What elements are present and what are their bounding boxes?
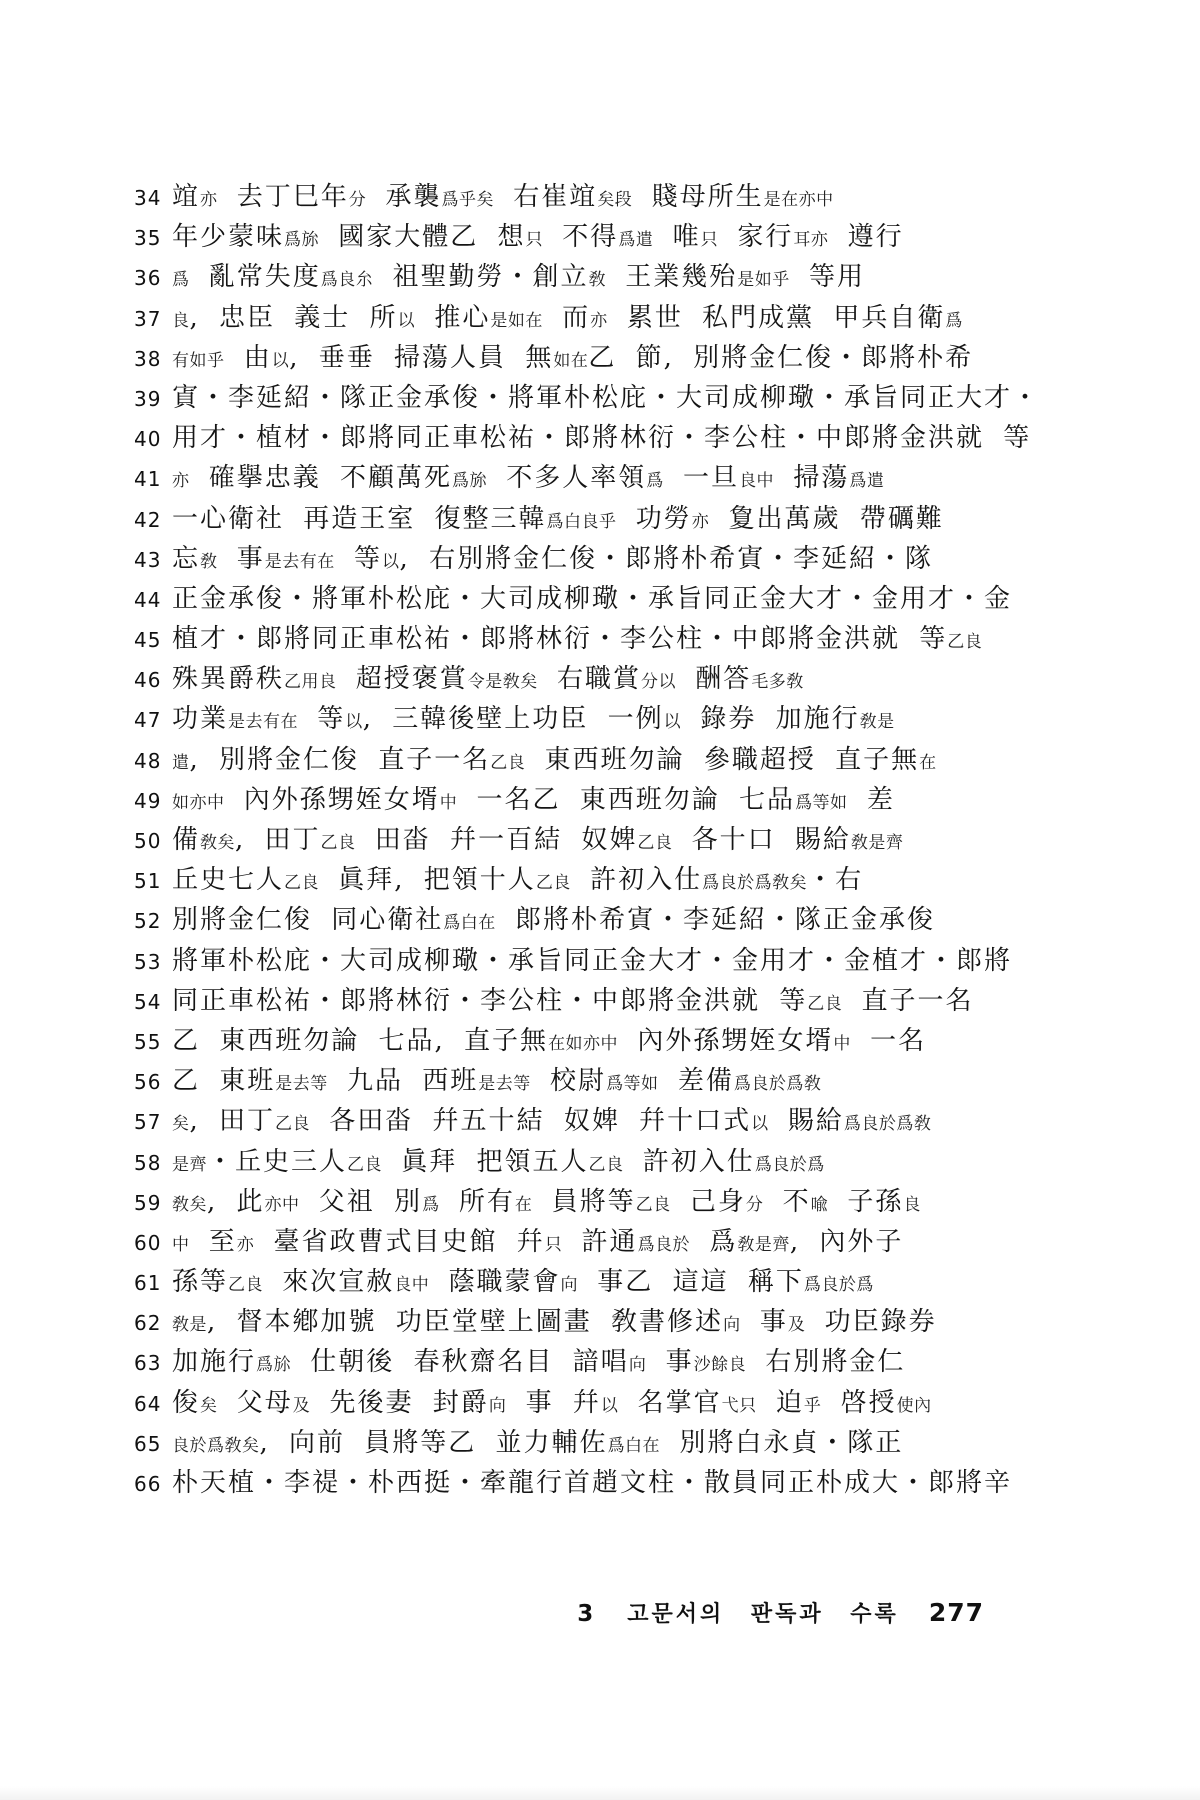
line-number: 55 [134,1030,172,1054]
line-number: 61 [134,1271,172,1295]
idu-annotation: 爲乎矣 [442,190,495,210]
line-number: 42 [134,508,172,532]
document-line: 64俊矣 父母及 先後妻 封爵向 事 幷以 名掌官弋只 迫乎 啓授使內 [134,1382,1040,1422]
idu-annotation: 是去有在 [228,712,298,732]
idu-annotation: 敎是齊 [737,1235,790,1255]
idu-annotation: 弋只 [722,1396,757,1416]
document-line: 54同正車松祐・郞將林衍・李公柱・中郞將金洪就 等乙良 直子一名 [134,980,1040,1020]
idu-annotation: 中 [440,793,458,813]
document-line: 53將軍朴松庇・大司成柳璥・承旨同正金大才・金用才・金植才・郞將 [134,940,1040,980]
idu-annotation: 爲良於爲敎 [844,1114,932,1134]
line-number: 35 [134,226,172,250]
document-line: 50備敎矣, 田丁乙良 田畓 幷一百結 奴婢乙良 各十口 賜給敎是齊 [134,819,1040,859]
document-line: 65良於爲敎矣, 向前 員將等乙 並力輔佐爲白在 別將白永貞・隊正 [134,1422,1040,1462]
document-line: 39寊・李延紹・隊正金承俊・將軍朴松庇・大司成柳璥・承旨同正大才・ [134,377,1040,417]
running-footer: 3 고문서의 판독과 수록 277 [577,1597,984,1628]
idu-annotation: 有如乎 [172,351,225,371]
idu-annotation: 良 [172,311,190,331]
idu-annotation: 以 [398,311,416,331]
line-text: 功業是去有在 等以, 三韓後壁上功臣 一例以 錄券 加施行敎是 [172,698,895,735]
document-line: 63加施行爲㫆 仕朝後 春秋齋名目 諳唱向 事沙餘良 右別將金仁 [134,1341,1040,1381]
line-text: 竩亦 去丁巳年分 承襲爲乎矣 右崔竩矣段 賤母所生是在亦中 [172,176,834,213]
line-text: 朴天植・李禔・朴西挺・牽龍行首趙文柱・散員同正朴成大・郞將辛 [172,1462,1012,1499]
idu-annotation: 中 [172,1235,190,1255]
idu-annotation: 是如在 [490,311,543,331]
line-number: 44 [134,588,172,612]
line-number: 60 [134,1231,172,1255]
idu-annotation: 乙良 [589,1155,624,1175]
idu-annotation: 乙良 [321,833,356,853]
line-text: 寊・李延紹・隊正金承俊・將軍朴松庇・大司成柳璥・承旨同正大才・ [172,377,1040,414]
idu-annotation: 乙良 [275,1114,310,1134]
idu-annotation: 矣段 [597,190,632,210]
line-text: 別將金仁俊 同心衛社爲白在 郞將朴希寊・李延紹・隊正金承俊 [172,899,935,936]
idu-annotation: 分 [746,1195,764,1215]
idu-annotation: 乙良 [347,1155,382,1175]
idu-annotation: 向 [561,1275,579,1295]
line-text: 加施行爲㫆 仕朝後 春秋齋名目 諳唱向 事沙餘良 右別將金仁 [172,1341,905,1378]
idu-annotation: 只 [526,230,544,250]
idu-annotation: 敎 [200,552,218,572]
document-line: 36爲 亂常失度爲良厼 祖聖勤勞・創立敎 王業幾殆是如乎 等用 [134,256,1040,296]
idu-annotation: 只 [701,230,719,250]
idu-annotation: 分 [349,190,367,210]
idu-annotation: 以 [382,552,400,572]
idu-annotation: 爲 [422,1195,440,1215]
document-line: 34竩亦 去丁巳年分 承襲爲乎矣 右崔竩矣段 賤母所生是在亦中 [134,176,1040,216]
footer-section-number: 3 [577,1601,593,1627]
idu-annotation: 是去等 [478,1074,531,1094]
book-page-scan: 34竩亦 去丁巳年分 承襲爲乎矣 右崔竩矣段 賤母所生是在亦中35年少蒙味爲旀 … [0,0,1200,1800]
idu-annotation: 敎是 [172,1315,207,1335]
idu-annotation: 乙良 [284,873,319,893]
idu-annotation: 以 [751,1114,769,1134]
document-line: 37良, 忠臣 義士 所以 推心是如在 而亦 累世 私門成黨 甲兵自衛爲 [134,297,1040,337]
idu-annotation: 爲 [172,270,190,290]
document-line: 58是齊・丘史三人乙良 眞拜 把領五人乙良 許初入仕爲良於爲 [134,1141,1040,1181]
line-number: 45 [134,628,172,652]
idu-annotation: 爲㫆 [256,1355,291,1375]
transcription-block: 34竩亦 去丁巳年分 承襲爲乎矣 右崔竩矣段 賤母所生是在亦中35年少蒙味爲旀 … [134,176,1040,1502]
document-line: 52別將金仁俊 同心衛社爲白在 郞將朴希寊・李延紹・隊正金承俊 [134,899,1040,939]
idu-annotation: 向 [629,1355,647,1375]
line-text: 敎是, 督本鄕加號 功臣堂壁上圖畫 敎書修述向 事及 功臣錄券 [172,1301,937,1338]
line-number: 38 [134,347,172,371]
idu-annotation: 在如亦中 [548,1034,618,1054]
document-line: 49如亦中 內外孫甥姪女壻中 一名乙 東西班勿論 七品爲等如 差 [134,779,1040,819]
line-text: 遣, 別將金仁俊 直子一名乙良 東西班勿論 參職超授 直子無在 [172,739,937,776]
idu-annotation: 毛多敎 [751,672,804,692]
document-line: 57矣, 田丁乙良 各田畓 幷五十結 奴婢 幷十口式以 賜給爲良於爲敎 [134,1100,1040,1140]
line-number: 63 [134,1351,172,1375]
line-number: 39 [134,387,172,411]
line-number: 56 [134,1070,172,1094]
idu-annotation: 是如乎 [737,270,790,290]
idu-annotation: 喩 [811,1195,829,1215]
document-line: 66朴天植・李禔・朴西挺・牽龍行首趙文柱・散員同正朴成大・郞將辛 [134,1462,1040,1502]
footer-page-number: 277 [929,1598,984,1627]
idu-annotation: 在 [515,1195,533,1215]
line-number: 62 [134,1311,172,1335]
idu-annotation: 乙良 [636,1195,671,1215]
idu-annotation: 爲遣 [849,471,884,491]
idu-annotation: 爲良於爲 [804,1275,874,1295]
idu-annotation: 乙用良 [284,672,337,692]
line-number: 53 [134,950,172,974]
idu-annotation: 乎 [804,1396,822,1416]
document-line: 47功業是去有在 等以, 三韓後壁上功臣 一例以 錄券 加施行敎是 [134,698,1040,738]
line-text: 敎矣, 此亦中 父祖 別爲 所有在 員將等乙良 己身分 不喩 子孫良 [172,1181,921,1218]
document-line: 51丘史七人乙良 眞拜, 把領十人乙良 許初入仕爲良於爲敎矣・右 [134,859,1040,899]
document-line: 46殊異爵秩乙用良 超授褒賞令是敎矣 右職賞分以 酬答毛多敎 [134,658,1040,698]
line-text: 乙 東西班勿論 七品, 直子無在如亦中 內外孫甥姪女壻中 一名 [172,1020,926,1057]
idu-annotation: 爲等如 [795,793,848,813]
idu-annotation: 良中 [739,471,774,491]
line-text: 矣, 田丁乙良 各田畓 幷五十結 奴婢 幷十口式以 賜給爲良於爲敎 [172,1100,931,1137]
line-text: 年少蒙味爲旀 國家大體乙 想只 不得爲遣 唯只 家行耳亦 遵行 [172,216,904,253]
line-number: 37 [134,307,172,331]
line-number: 43 [134,548,172,572]
document-line: 48遣, 別將金仁俊 直子一名乙良 東西班勿論 參職超授 直子無在 [134,739,1040,779]
idu-annotation: 使內 [897,1396,932,1416]
line-number: 52 [134,909,172,933]
idu-annotation: 令是敎矣 [468,672,538,692]
line-number: 64 [134,1392,172,1416]
line-number: 36 [134,266,172,290]
document-line: 55乙 東西班勿論 七品, 直子無在如亦中 內外孫甥姪女壻中 一名 [134,1020,1040,1060]
idu-annotation: 亦 [237,1235,255,1255]
idu-annotation: 亦中 [265,1195,300,1215]
idu-annotation: 爲遣 [618,230,653,250]
idu-annotation: 爲等如 [606,1074,659,1094]
line-number: 40 [134,427,172,451]
idu-annotation: 良中 [394,1275,429,1295]
line-text: 良, 忠臣 義士 所以 推心是如在 而亦 累世 私門成黨 甲兵自衛爲 [172,297,963,334]
idu-annotation: 敎矣 [172,1195,207,1215]
idu-annotation: 爲良於爲敎矣 [702,873,807,893]
line-text: 有如乎 由以, 垂垂 掃蕩人員 無如在乙 節, 別將金仁俊・郞將朴希 [172,337,973,374]
line-number: 41 [134,467,172,491]
line-number: 34 [134,186,172,210]
idu-annotation: 敎是 [860,712,895,732]
line-number: 47 [134,708,172,732]
idu-annotation: 沙餘良 [694,1355,747,1375]
idu-annotation: 是去等 [275,1074,328,1094]
line-number: 51 [134,869,172,893]
idu-annotation: 如亦中 [172,793,225,813]
idu-annotation: 遣 [172,753,190,773]
document-line: 59敎矣, 此亦中 父祖 別爲 所有在 員將等乙良 己身分 不喩 子孫良 [134,1181,1040,1221]
line-text: 爲 亂常失度爲良厼 祖聖勤勞・創立敎 王業幾殆是如乎 等用 [172,256,865,293]
document-line: 40用才・植材・郞將同正車松祐・郞將林衍・李公柱・中郞將金洪就 等 [134,417,1040,457]
idu-annotation: 敎矣 [200,833,235,853]
line-number: 66 [134,1472,172,1496]
idu-annotation: 耳亦 [793,230,828,250]
line-number: 50 [134,829,172,853]
idu-annotation: 只 [545,1235,563,1255]
document-line: 60中 至亦 臺省政曹式目史館 幷只 許通爲良於 爲敎是齊, 內外子 [134,1221,1040,1261]
idu-annotation: 敎 [589,270,607,290]
idu-annotation: 乙良 [807,994,842,1014]
idu-annotation: 乙良 [490,753,525,773]
line-text: 俊矣 父母及 先後妻 封爵向 事 幷以 名掌官弋只 迫乎 啓授使內 [172,1382,932,1419]
line-number: 57 [134,1110,172,1134]
line-text: 用才・植材・郞將同正車松祐・郞將林衍・李公柱・中郞將金洪就 等 [172,417,1031,454]
line-text: 備敎矣, 田丁乙良 田畓 幷一百結 奴婢乙良 各十口 賜給敎是齊 [172,819,903,856]
idu-annotation: 爲 [646,471,664,491]
idu-annotation: 是去有在 [265,552,335,572]
line-text: 良於爲敎矣, 向前 員將等乙 並力輔佐爲白在 別將白永貞・隊正 [172,1422,903,1459]
idu-annotation: 爲旀 [452,471,487,491]
idu-annotation: 是在亦中 [764,190,834,210]
idu-annotation: 乙良 [947,632,982,652]
idu-annotation: 是齊 [172,1155,207,1175]
document-line: 42一心衛社 再造王室 復整三韓爲白良乎 功勞亦 夐出萬歲 帶礪難 [134,498,1040,538]
idu-annotation: 中 [833,1034,851,1054]
line-number: 65 [134,1432,172,1456]
idu-annotation: 乙良 [536,873,571,893]
idu-annotation: 爲良於爲 [755,1155,825,1175]
idu-annotation: 爲白良乎 [547,512,617,532]
line-text: 乙 東班是去等 九品 西班是去等 校尉爲等如 差備爲良於爲敎 [172,1060,821,1097]
document-line: 45植才・郞將同正車松祐・郞將林衍・李公柱・中郞將金洪就 等乙良 [134,618,1040,658]
idu-annotation: 爲良於 [638,1235,691,1255]
idu-annotation: 乙良 [228,1275,263,1295]
idu-annotation: 向 [489,1396,507,1416]
line-text: 殊異爵秩乙用良 超授褒賞令是敎矣 右職賞分以 酬答毛多敎 [172,658,804,695]
idu-annotation: 以 [272,351,290,371]
idu-annotation: 乙良 [637,833,672,853]
idu-annotation: 亦 [172,471,190,491]
idu-annotation: 爲旀 [284,230,319,250]
idu-annotation: 亦 [692,512,710,532]
line-text: 如亦中 內外孫甥姪女壻中 一名乙 東西班勿論 七品爲等如 差 [172,779,895,816]
idu-annotation: 在 [919,753,937,773]
idu-annotation: 爲 [945,311,963,331]
idu-annotation: 矣 [200,1396,218,1416]
document-line: 43忘敎 事是去有在 等以, 右別將金仁俊・郞將朴希寊・李延紹・隊 [134,538,1040,578]
idu-annotation: 爲白在 [443,913,496,933]
line-number: 54 [134,990,172,1014]
line-number: 46 [134,668,172,692]
idu-annotation: 良於爲敎矣 [172,1436,260,1456]
document-line: 41亦 確擧忠義 不顧萬死爲旀 不多人率領爲 一旦良中 掃蕩爲遣 [134,457,1040,497]
idu-annotation: 良 [903,1195,921,1215]
line-number: 49 [134,789,172,813]
line-text: 將軍朴松庇・大司成柳璥・承旨同正金大才・金用才・金植才・郞將 [172,940,1012,977]
line-number: 58 [134,1151,172,1175]
line-text: 亦 確擧忠義 不顧萬死爲旀 不多人率領爲 一旦良中 掃蕩爲遣 [172,457,884,494]
idu-annotation: 向 [723,1315,741,1335]
line-text: 丘史七人乙良 眞拜, 把領十人乙良 許初入仕爲良於爲敎矣・右 [172,859,863,896]
document-line: 62敎是, 督本鄕加號 功臣堂壁上圖畫 敎書修述向 事及 功臣錄券 [134,1301,1040,1341]
line-number: 59 [134,1191,172,1215]
document-line: 56乙 東班是去等 九品 西班是去等 校尉爲等如 差備爲良於爲敎 [134,1060,1040,1100]
idu-annotation: 爲良於爲敎 [734,1074,822,1094]
idu-annotation: 爲白在 [608,1436,661,1456]
line-text: 一心衛社 再造王室 復整三韓爲白良乎 功勞亦 夐出萬歲 帶礪難 [172,498,944,535]
idu-annotation: 亦 [200,190,218,210]
line-text: 同正車松祐・郞將林衍・李公柱・中郞將金洪就 等乙良 直子一名 [172,980,974,1017]
idu-annotation: 及 [293,1396,311,1416]
line-text: 忘敎 事是去有在 等以, 右別將金仁俊・郞將朴希寊・李延紹・隊 [172,538,933,575]
idu-annotation: 亦 [590,311,608,331]
document-line: 35年少蒙味爲旀 國家大體乙 想只 不得爲遣 唯只 家行耳亦 遵行 [134,216,1040,256]
line-text: 孫等乙良 來次宣赦良中 蔭職蒙會向 事乙 這這 稱下爲良於爲 [172,1261,874,1298]
idu-annotation: 以 [345,712,363,732]
line-number: 48 [134,749,172,773]
footer-chapter-title: 고문서의 판독과 수록 [627,1597,899,1628]
line-text: 中 至亦 臺省政曹式目史館 幷只 許通爲良於 爲敎是齊, 內外子 [172,1221,903,1258]
idu-annotation: 以 [664,712,682,732]
idu-annotation: 敎是齊 [851,833,904,853]
line-text: 正金承俊・將軍朴松庇・大司成柳璥・承旨同正金大才・金用才・金 [172,578,1012,615]
document-line: 61孫等乙良 來次宣赦良中 蔭職蒙會向 事乙 這這 稱下爲良於爲 [134,1261,1040,1301]
line-text: 是齊・丘史三人乙良 眞拜 把領五人乙良 許初入仕爲良於爲 [172,1141,825,1178]
idu-annotation: 以 [601,1396,619,1416]
idu-annotation: 如在 [553,351,588,371]
document-line: 44正金承俊・將軍朴松庇・大司成柳璥・承旨同正金大才・金用才・金 [134,578,1040,618]
document-line: 38有如乎 由以, 垂垂 掃蕩人員 無如在乙 節, 別將金仁俊・郞將朴希 [134,337,1040,377]
idu-annotation: 矣 [172,1114,190,1134]
line-text: 植才・郞將同正車松祐・郞將林衍・李公柱・中郞將金洪就 等乙良 [172,618,982,655]
idu-annotation: 及 [788,1315,806,1335]
idu-annotation: 爲良厼 [321,270,374,290]
idu-annotation: 分以 [641,672,676,692]
